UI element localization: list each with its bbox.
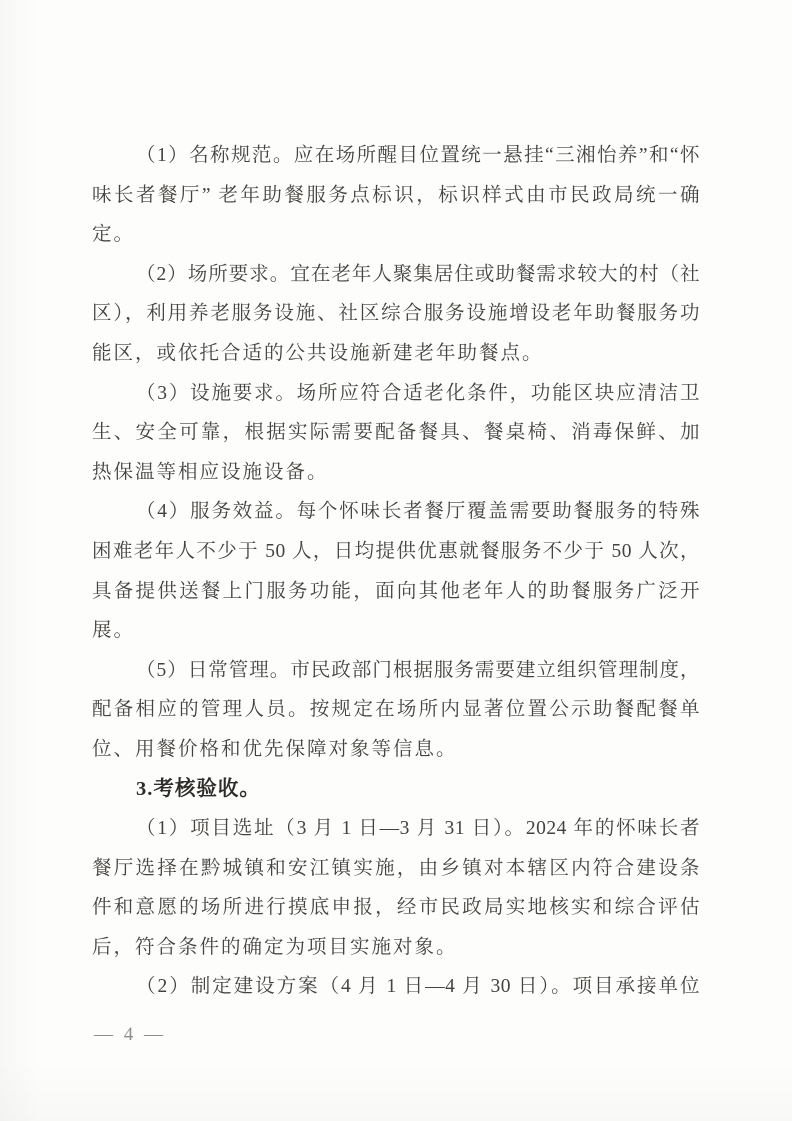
- text-line: 生、安全可靠，根据实际需要配备餐具、餐桌椅、消毒保鲜、加: [92, 413, 700, 453]
- text-line: （2）制定建设方案（4 月 1 日—4 月 30 日）。项目承接单位: [92, 967, 700, 1007]
- text-line: （1）项目选址（3 月 1 日—3 月 31 日）。2024 年的怀味长者: [92, 809, 700, 849]
- document-body: （1）名称规范。应在场所醒目位置统一悬挂“三湘怡养”和“怀 味长者餐厅” 老年助…: [92, 136, 700, 1007]
- text-line: 味长者餐厅” 老年助餐服务点标识，标识样式由市民政局统一确: [92, 176, 700, 216]
- text-line: 定。: [92, 215, 700, 255]
- text-line: 位、用餐价格和优先保障对象等信息。: [92, 730, 700, 770]
- text-line: （2）场所要求。宜在老年人聚集居住或助餐需求较大的村（社: [92, 255, 700, 295]
- section-heading: 3.考核验收。: [92, 770, 700, 810]
- text-line: 区），利用养老服务设施、社区综合服务设施增设老年助餐服务功: [92, 294, 700, 334]
- text-line: 餐厅选择在黔城镇和安江镇实施，由乡镇对本辖区内符合建设条: [92, 849, 700, 889]
- text-line: 后，符合条件的确定为项目实施对象。: [92, 928, 700, 968]
- text-line: 热保温等相应设施设备。: [92, 453, 700, 493]
- text-line: （3）设施要求。场所应符合适老化条件，功能区块应清洁卫: [92, 374, 700, 414]
- text-line: 展。: [92, 611, 700, 651]
- page-number: — 4 —: [94, 1020, 166, 1050]
- text-line: 困难老年人不少于 50 人，日均提供优惠就餐服务不少于 50 人次，: [92, 532, 700, 572]
- text-line: 配备相应的管理人员。按规定在场所内显著位置公示助餐配餐单: [92, 690, 700, 730]
- document-page: （1）名称规范。应在场所醒目位置统一悬挂“三湘怡养”和“怀 味长者餐厅” 老年助…: [0, 0, 792, 1121]
- text-line: （4）服务效益。每个怀味长者餐厅覆盖需要助餐服务的特殊: [92, 492, 700, 532]
- text-line: 件和意愿的场所进行摸底申报，经市民政局实地核实和综合评估: [92, 888, 700, 928]
- text-line: （5）日常管理。市民政部门根据服务需要建立组织管理制度，: [92, 651, 700, 691]
- text-line: （1）名称规范。应在场所醒目位置统一悬挂“三湘怡养”和“怀: [92, 136, 700, 176]
- text-line: 具备提供送餐上门服务功能，面向其他老年人的助餐服务广泛开: [92, 572, 700, 612]
- text-line: 能区，或依托合适的公共设施新建老年助餐点。: [92, 334, 700, 374]
